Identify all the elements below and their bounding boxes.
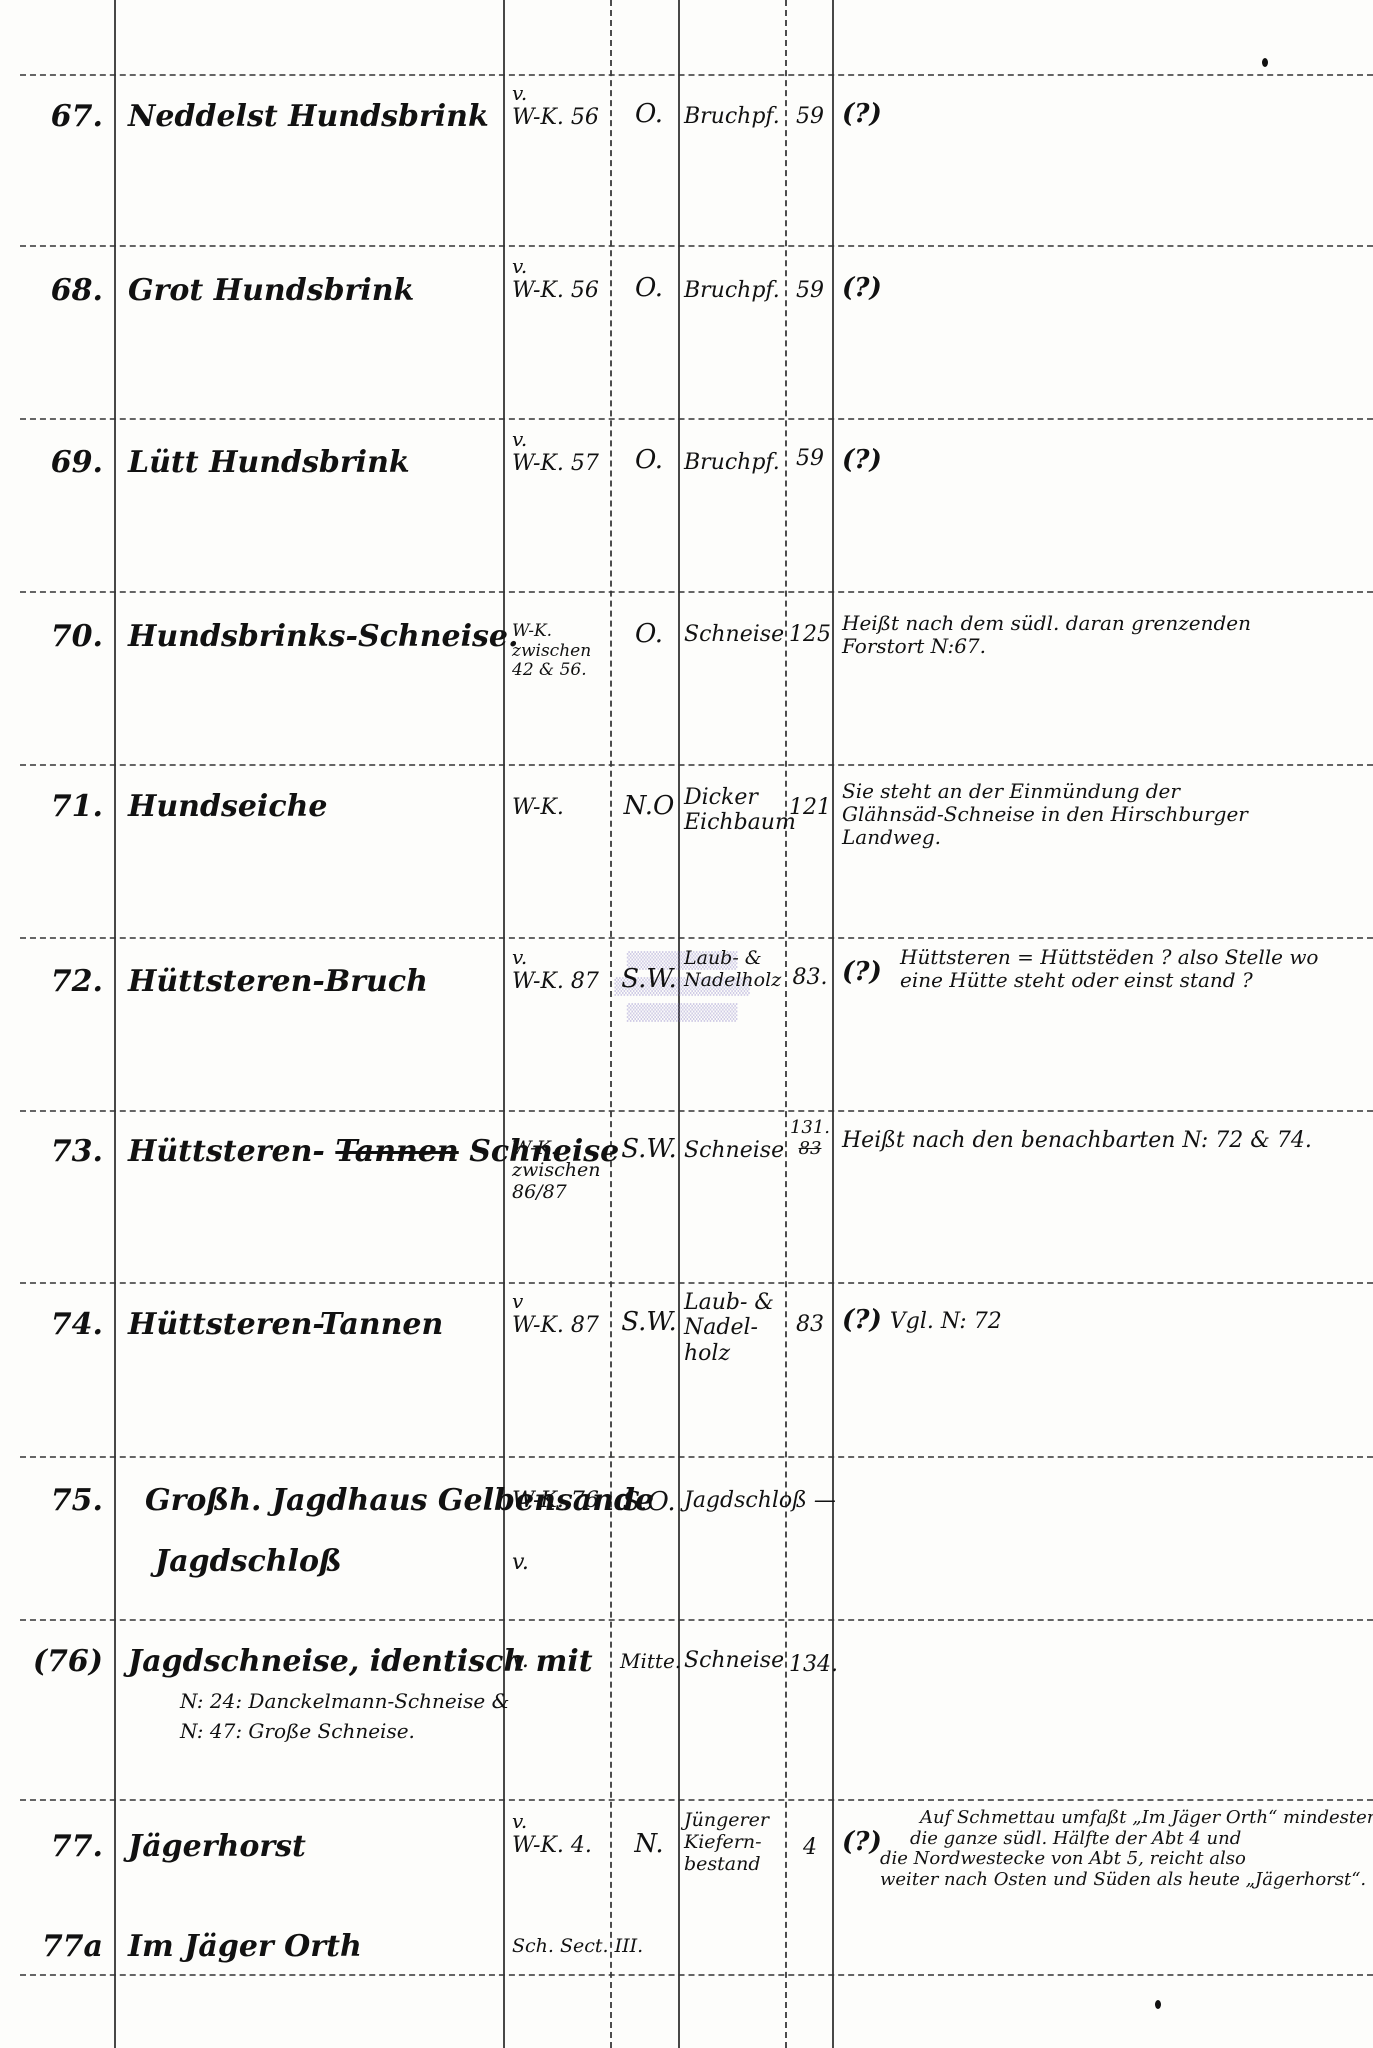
entry-type: Bruchpf. (684, 278, 784, 303)
entry-number: 67. (8, 100, 103, 135)
entry-remark: Hüttsteren = Hüttstëden ? also Stelle wo… (900, 946, 1320, 992)
entry-name: Im Jäger Orth (128, 1930, 362, 1965)
entry-page: 59 (789, 446, 831, 471)
entry-page: 59 (789, 104, 831, 129)
entry-name: Lütt Hundsbrink (128, 446, 410, 481)
entry-direction: S.W. (620, 1308, 678, 1338)
row-rule (20, 591, 1373, 593)
entry-direction: O. (620, 446, 678, 476)
entry-name-line2: Jagdschloß (155, 1545, 342, 1580)
entry-number: 77a (8, 1930, 103, 1965)
entry-number: 69. (8, 446, 103, 481)
row-rule (20, 1619, 1373, 1621)
entry-number: 74. (8, 1308, 103, 1343)
entry-direction: S.O. (620, 1488, 678, 1518)
entry-direction: N. (620, 1830, 678, 1860)
row-rule (20, 418, 1373, 420)
ink-speck (1155, 2000, 1161, 2009)
entry-direction: S.W. (620, 1135, 678, 1165)
entry-reference: v. W-K. 87 (512, 946, 599, 994)
row-rule (20, 764, 1373, 766)
entry-remark: (?)Vgl. N: 72 (842, 1306, 1002, 1336)
entry-name-line2: N: 24: Danckelmann-Schneise & (180, 1690, 509, 1713)
entry-name: Jägerhorst (128, 1830, 306, 1865)
entry-reference: W-K. zwischen 42 & 56. (512, 622, 608, 681)
struck-word: Tannen (335, 1134, 458, 1169)
entry-number: 77. (8, 1830, 103, 1865)
entry-remark: Heißt nach den benachbarten N: 72 & 74. (842, 1128, 1312, 1153)
row-rule (20, 1456, 1373, 1458)
entry-remark: Heißt nach dem südl. daran grenzenden Fo… (842, 612, 1262, 658)
entry-number: 75. (8, 1484, 103, 1519)
entry-direction: S.W. (620, 965, 678, 995)
entry-type: Bruchpf. (684, 450, 784, 475)
entry-number: (76) (8, 1645, 103, 1680)
entry-reference: W-K. zwischen 86/87 (512, 1138, 608, 1204)
entry-remark: (?) (842, 446, 890, 476)
entry-remark: Auf Schmettau umfaßt „Im Jäger Orth“ min… (880, 1808, 1373, 1891)
entry-name: Hundseiche (128, 790, 327, 825)
entry-remark: (?) (842, 100, 890, 130)
entry-direction: O. (620, 620, 678, 650)
entry-reference-line2: v. (512, 1550, 529, 1575)
entry-type: Bruchpf. (684, 104, 784, 129)
entry-type: Laub- & Nadel-holz (684, 1290, 774, 1366)
entry-number: 72. (8, 965, 103, 1000)
entry-name-line3: N: 47: Große Schneise. (180, 1720, 415, 1743)
entry-reference: v. W-K. 56 (512, 255, 599, 303)
entry-reference: Sch. Sect. III. (512, 1936, 643, 1958)
entry-number: 70. (8, 620, 103, 655)
column-rule-page (832, 0, 834, 2048)
entry-number: 71. (8, 790, 103, 825)
entry-name: Neddelst Hundsbrink (128, 100, 489, 135)
entry-remark: Sie steht an der Einmündung der Glähnsäd… (842, 780, 1282, 849)
entry-page: 4 (789, 1835, 831, 1860)
entry-reference: v. W-K. 4. (512, 1810, 592, 1858)
entry-page: 59 (789, 278, 831, 303)
entry-page: 125 (789, 622, 831, 647)
entry-number: 68. (8, 274, 103, 309)
entry-reference: v. (512, 1648, 529, 1673)
column-rule-number (114, 0, 116, 2048)
entry-reference: W-K. (512, 795, 564, 820)
entry-reference: v. W-K. 57 (512, 428, 599, 476)
entry-direction: Mitte. (620, 1650, 678, 1673)
row-rule (20, 1282, 1373, 1284)
entry-name: Hundsbrinks-Schneise. (128, 620, 518, 655)
entry-page: 134. (789, 1652, 831, 1677)
entry-direction: O. (620, 274, 678, 304)
entry-page: 131. 83 (789, 1118, 831, 1159)
entry-reference: v. W-K. 56 (512, 82, 599, 130)
column-rule-name (503, 0, 505, 2048)
entry-name: Grot Hundsbrink (128, 274, 414, 309)
row-rule (20, 1974, 1373, 1976)
entry-number: 73. (8, 1135, 103, 1170)
entry-type: Schneise (684, 1648, 784, 1673)
entry-name: Hüttsteren-Bruch (128, 965, 428, 1000)
entry-type: Laub- & Nadelholz (684, 948, 784, 992)
entry-remark: (?) (842, 274, 890, 304)
entry-page: 83. (789, 965, 831, 990)
entry-remark-q: (?) (842, 958, 890, 988)
ink-speck (1262, 58, 1268, 67)
row-rule (20, 245, 1373, 247)
entry-type: Schneise (684, 622, 784, 647)
row-rule (20, 74, 1373, 76)
entry-type: Jüngerer Kiefern-bestand (684, 1810, 774, 1876)
entry-type: Jagdschloß — (684, 1488, 834, 1513)
entry-page: 83 (789, 1312, 831, 1337)
entry-type: Dicker Eichbaum (684, 785, 784, 836)
entry-type: Schneise (684, 1138, 784, 1163)
row-rule (20, 937, 1373, 939)
entry-reference: W-K. 76 (512, 1488, 599, 1513)
entry-page: 121 (789, 795, 831, 820)
entry-direction: N.O (620, 792, 678, 822)
entry-direction: O. (620, 100, 678, 130)
entry-reference: v W-K. 87 (512, 1290, 599, 1338)
scanned-ledger-page: ▒▒▒▒▒▒▒▒▒▒▒▒▒▒▒▒▒▒▒▒▒▒▒▒▒▒▒▒▒ 67. Neddel… (0, 0, 1373, 2048)
row-rule (20, 1110, 1373, 1112)
entry-name: Hüttsteren-Tannen (128, 1308, 443, 1343)
row-rule (20, 1799, 1373, 1801)
